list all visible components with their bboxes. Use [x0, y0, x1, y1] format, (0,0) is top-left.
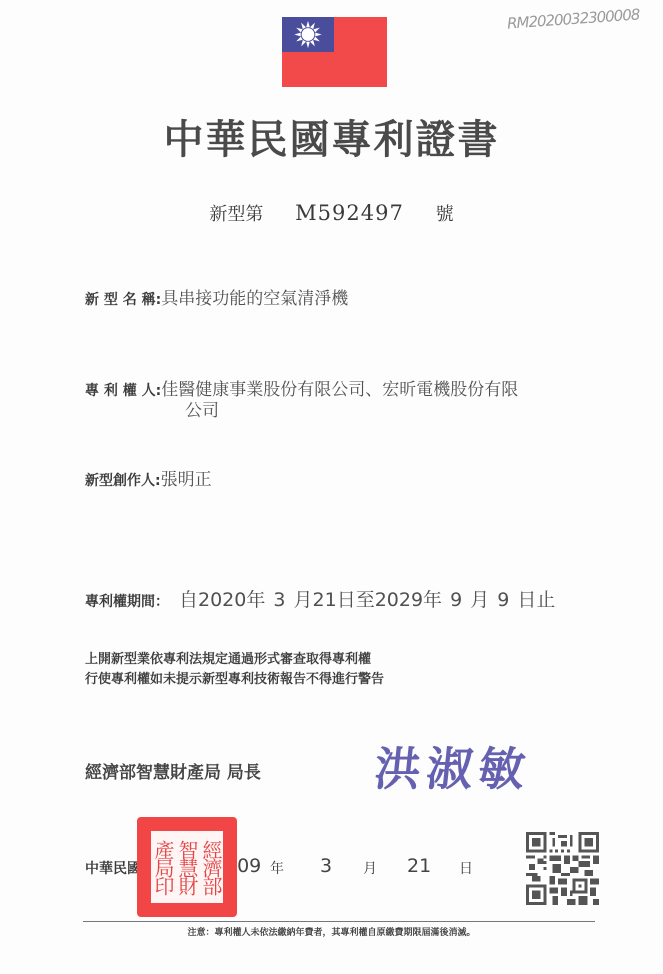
roc-flag-icon — [282, 17, 387, 87]
field-utility-model-name: 新 型 名 稱:具串接功能的空氣清淨機 — [85, 284, 348, 309]
seal-column-3: 產局印 — [152, 840, 174, 894]
footer-divider — [83, 921, 595, 922]
field-value-line2: 公司 — [185, 396, 219, 421]
notice-line-2: 行使專利權如未提示新型專利技術報告不得進行警告 — [85, 670, 384, 690]
seal-inner: 經濟部 智慧財 產局印 — [151, 831, 223, 903]
certificate-title: 中華民國專利證書 — [0, 108, 663, 165]
seal-column-2: 智慧財 — [176, 840, 198, 894]
patent-term: 專利權期間：自2020年 3 月21日至2029年 9 月 9 日止 — [85, 585, 555, 612]
qr-code-icon — [526, 832, 599, 905]
date-month-unit: 月 — [363, 858, 377, 878]
official-seal: 經濟部 智慧財 產局印 — [137, 817, 237, 917]
patent-number: M592497 — [295, 201, 404, 225]
notice-line-1: 上開新型業依專利法規定通過形式審查取得專利權 — [85, 650, 384, 670]
field-value: 具串接功能的空氣清淨機 — [161, 289, 348, 309]
field-label: 專 利 權 人: — [85, 380, 161, 400]
field-patentee: 專 利 權 人:佳醫健康事業股份有限公司、宏昕電機股份有限 公司 — [85, 375, 518, 400]
term-value: 自2020年 3 月21日至2029年 9 月 9 日止 — [179, 589, 555, 611]
field-creator: 新型創作人:張明正 — [85, 465, 212, 490]
white-sun-icon — [291, 19, 325, 50]
field-label: 新 型 名 稱: — [85, 289, 161, 309]
handwritten-serial: RM2020032300008 — [507, 5, 640, 32]
date-day-unit: 日 — [459, 858, 473, 878]
date-era: 中華民國 — [85, 858, 141, 878]
field-label: 新型創作人: — [85, 470, 161, 490]
examination-notice: 上開新型業依專利法規定通過形式審查取得專利權 行使專利權如未提示新型專利技術報告… — [85, 650, 384, 690]
director-signature: 洪淑敏 — [372, 733, 535, 799]
number-prefix: 新型第 — [209, 204, 263, 225]
issuing-office: 經濟部智慧財產局 局長 — [85, 758, 261, 783]
field-value: 張明正 — [161, 470, 212, 490]
seal-column-1: 經濟部 — [200, 840, 222, 894]
patent-number-row: 新型第 M592497 號 — [0, 200, 663, 226]
date-day: 21 — [407, 855, 431, 877]
date-year-unit: 年 — [270, 858, 284, 878]
term-label: 專利權期間： — [85, 594, 169, 610]
number-suffix: 號 — [436, 204, 454, 225]
date-month: 3 — [320, 855, 332, 877]
annual-fee-footnote: 注意：專利權人未依法繳納年費者，其專利權自原繳費期限屆滿後消滅。 — [0, 925, 663, 938]
